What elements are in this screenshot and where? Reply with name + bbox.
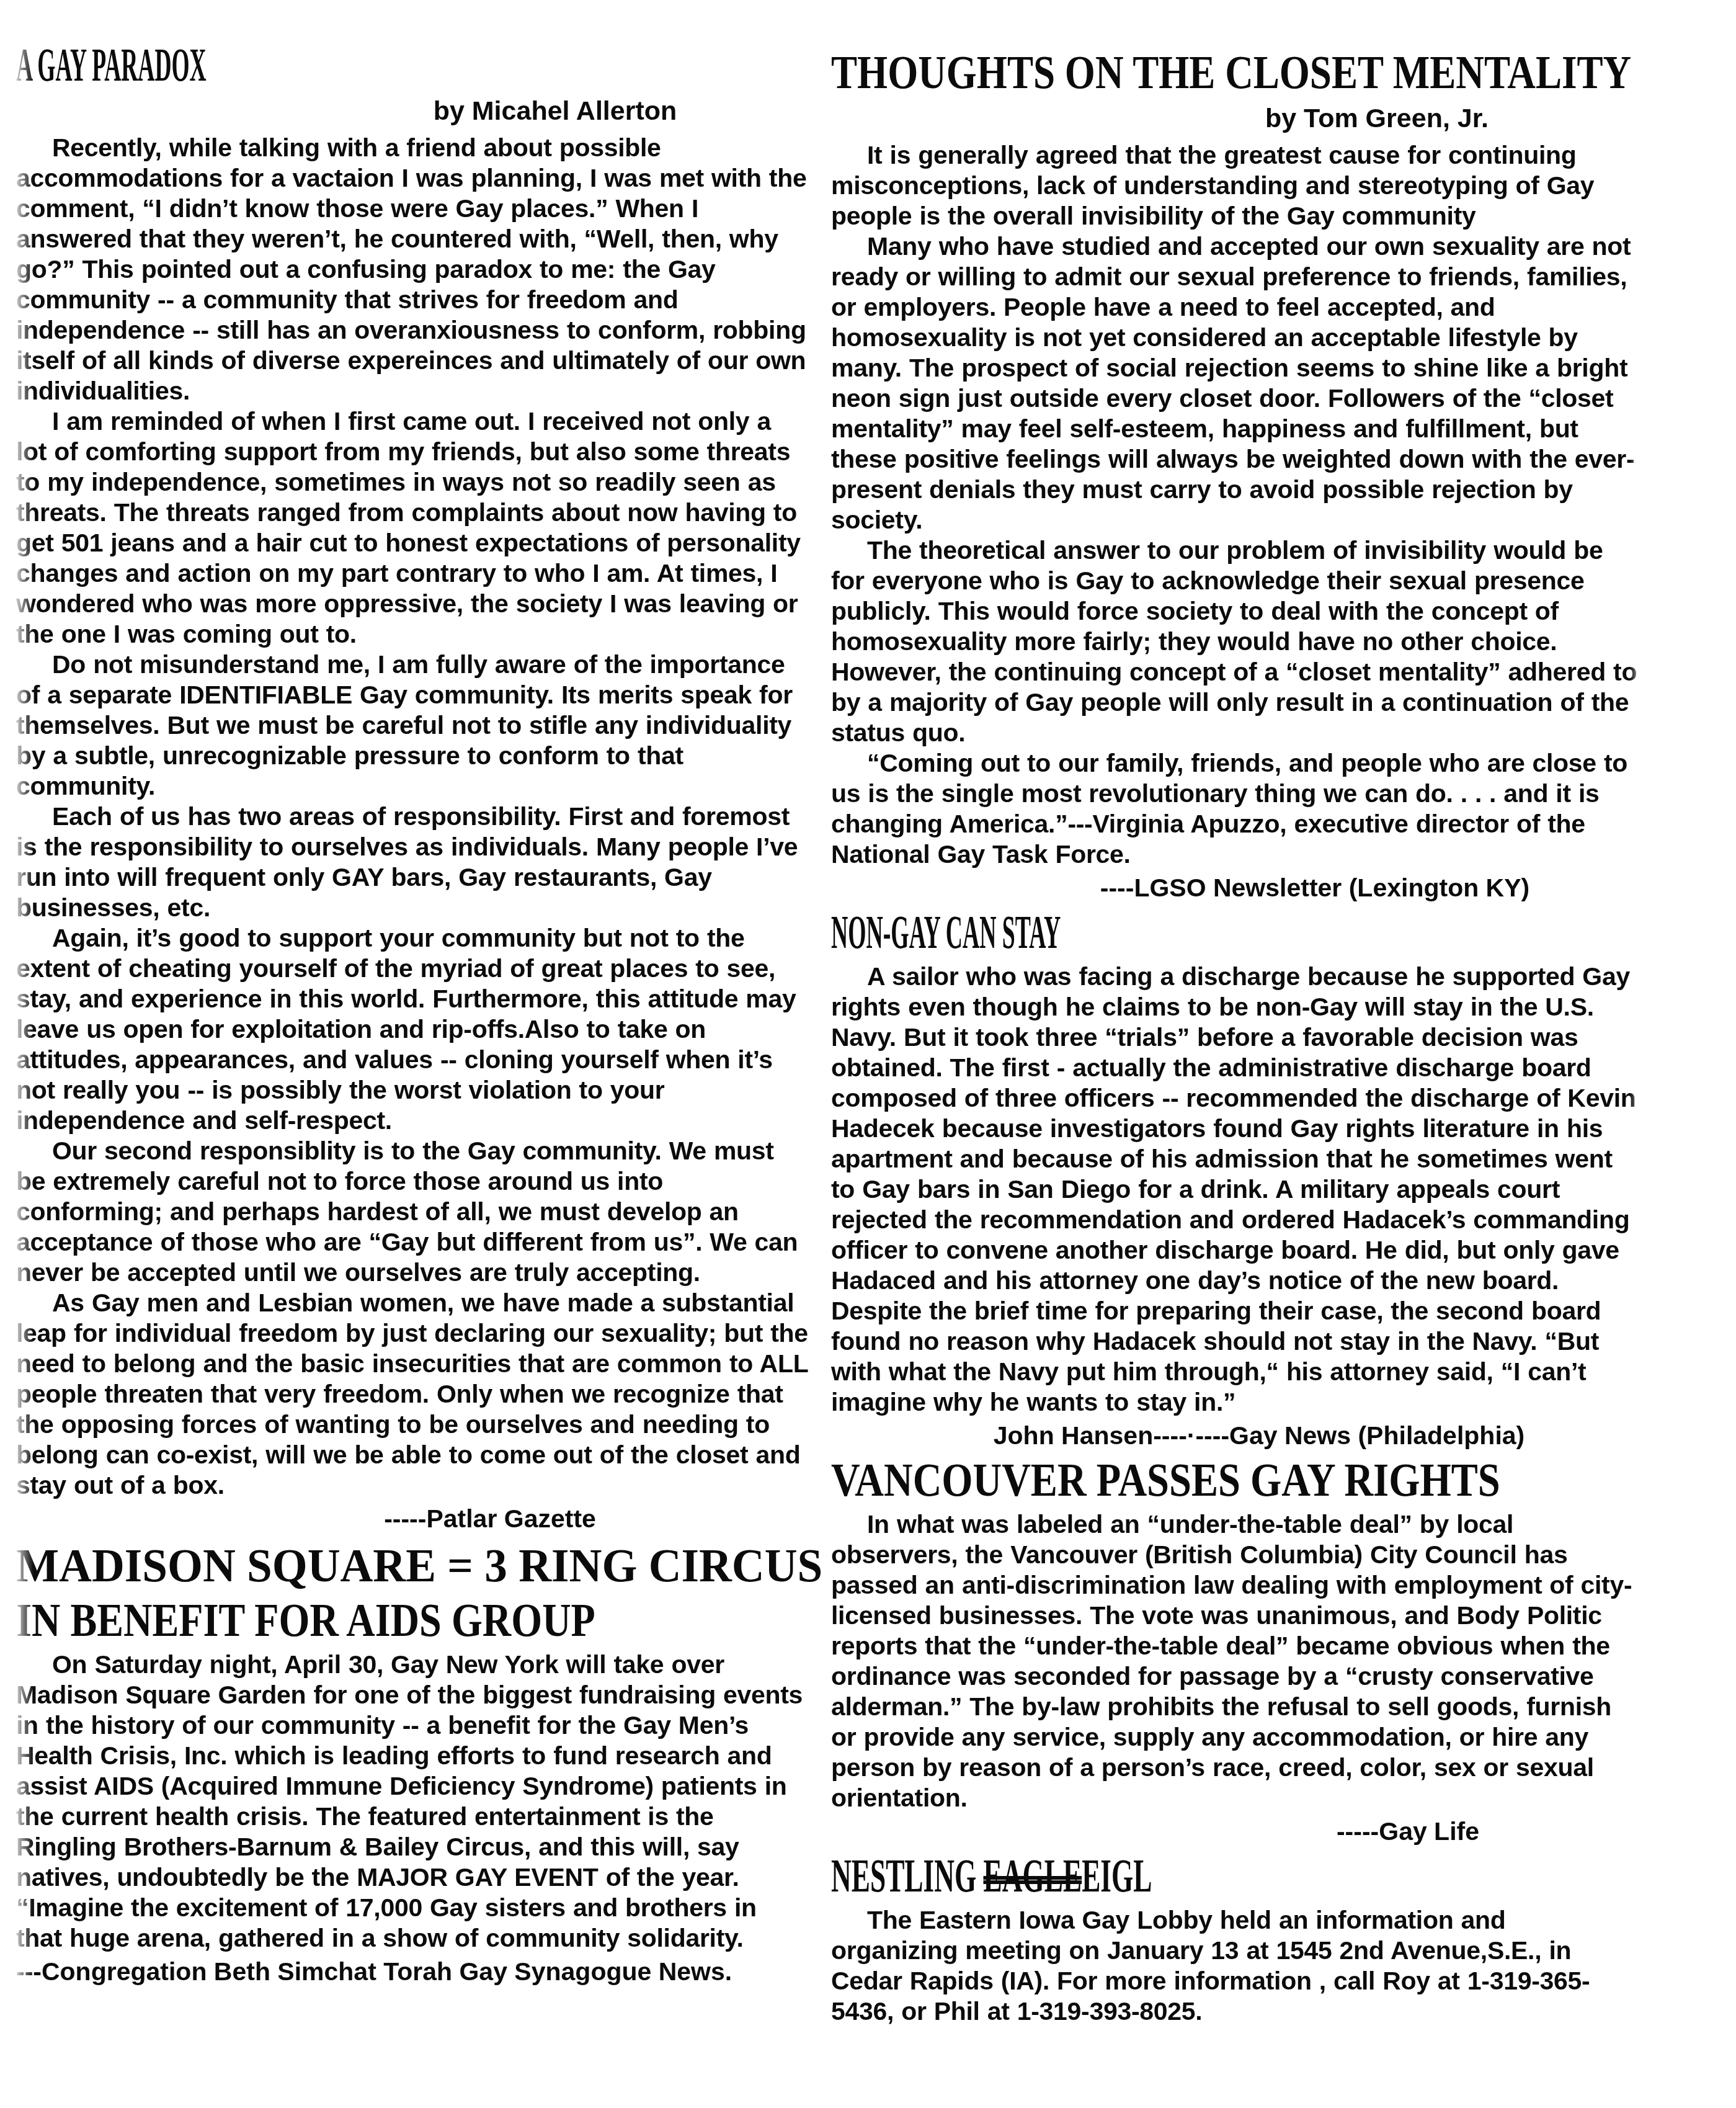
attribution-gay-life: -----Gay Life xyxy=(1005,1816,1736,1847)
paragraph: A sailor who was facing a discharge beca… xyxy=(831,962,1637,1418)
byline-tom-green: by Tom Green, Jr. xyxy=(974,102,1736,135)
paragraph: Again, it’s good to support your communi… xyxy=(16,923,809,1136)
article-title-madison-square-line2: IN BENEFIT FOR AIDS GROUP xyxy=(16,1595,686,1646)
struck-word-eagle: EAGLE xyxy=(984,1850,1082,1902)
paragraph: As Gay men and Lesbian women, we have ma… xyxy=(16,1288,809,1501)
attribution-john-hansen-gay-news: John Hansen----·----Gay News (Philadelph… xyxy=(856,1420,1662,1451)
paragraph: It is generally agreed that the greatest… xyxy=(831,140,1637,231)
article-title-gay-paradox: A GAY PARADOX xyxy=(16,40,407,91)
right-column: THOUGHTS ON THE CLOSET MENTALITY by Tom … xyxy=(831,43,1637,2027)
paragraph: In what was labeled an “under-the-table … xyxy=(831,1509,1637,1813)
title-text: EIGL xyxy=(1082,1850,1152,1902)
article-title-nestling-eigl: NESTLING EAGLEEIGL xyxy=(831,1851,1312,1901)
paragraph: Many who have studied and accepted our o… xyxy=(831,231,1637,535)
left-column: A GAY PARADOX by Micahel Allerton Recent… xyxy=(16,36,809,1991)
article-title-vancouver-gay-rights: VANCOUVER PASSES GAY RIGHTS xyxy=(831,1455,1516,1506)
paragraph: Each of us has two areas of responsibili… xyxy=(16,802,809,923)
article-title-madison-square-line1: MADISON SQUARE = 3 RING CIRCUS xyxy=(16,1540,780,1591)
paragraph: Our second responsiblity is to the Gay c… xyxy=(16,1136,809,1288)
paragraph: I am reminded of when I first came out. … xyxy=(16,406,809,650)
attribution-patlar-gazette: -----Patlar Gazette xyxy=(94,1503,886,1534)
paragraph: The Eastern Iowa Gay Lobby held an infor… xyxy=(831,1905,1637,2027)
title-text: NESTLING xyxy=(831,1850,984,1902)
attribution-lgso-newsletter: ----LGSO Newsletter (Lexington KY) xyxy=(912,872,1718,903)
article-title-non-gay-can-stay: NON-GAY CAN STAY xyxy=(831,907,1231,958)
scanned-newsletter-page: { "left": { "article1": { "title": "A GA… xyxy=(0,0,1736,2108)
paragraph: Recently, while talking with a friend ab… xyxy=(16,133,809,406)
paragraph: “Coming out to our family, friends, and … xyxy=(831,748,1637,870)
paragraph: The theoretical answer to our problem of… xyxy=(831,535,1637,748)
paragraph: Do not misunderstand me, I am fully awar… xyxy=(16,650,809,802)
article-title-closet-mentality: THOUGHTS ON THE CLOSET MENTALITY xyxy=(831,47,1500,98)
paragraph: On Saturday night, April 30, Gay New Yor… xyxy=(16,1650,809,1954)
attribution-congregation-beth-simchat: ---Congregation Beth Simchat Torah Gay S… xyxy=(16,1956,809,1987)
